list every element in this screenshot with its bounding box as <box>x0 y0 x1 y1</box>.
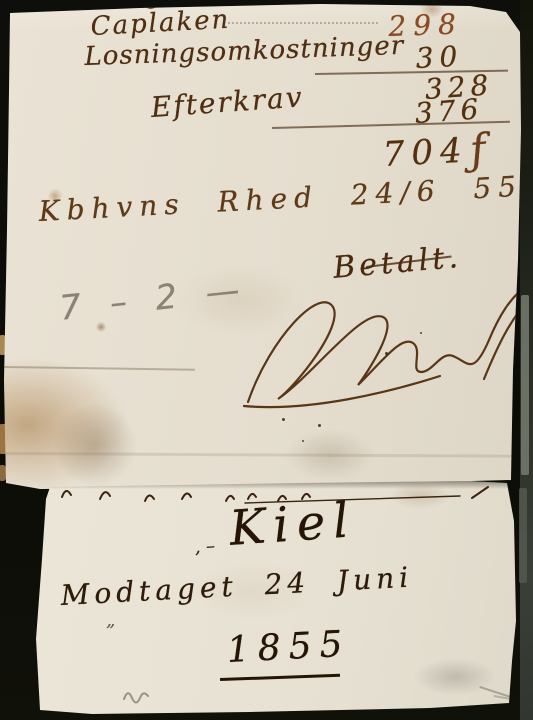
ink-speck <box>302 440 304 442</box>
currency-mark: ƒ <box>468 128 488 171</box>
ledger-label-efterkrav: Efterkrav <box>150 83 304 122</box>
dotted-leader-line <box>228 22 378 24</box>
ink-speck <box>318 424 321 427</box>
ledger-total-value: 704 <box>382 134 470 172</box>
letter-sheet-top: Fragt Caplaken 298 Losningsomkostninger … <box>0 0 533 495</box>
year-note: 1855 <box>226 627 351 669</box>
place-name: Kiel <box>228 496 358 553</box>
ledger-value-losningsomkostninger: 30 <box>415 43 464 73</box>
ink-speck <box>420 332 422 334</box>
bottom-squiggle-icon <box>122 685 152 703</box>
letter-sheet-bottom: ‚ – Kiel Modtaget 24 Juni „ 1855 <box>0 481 533 720</box>
page-edge-sliver <box>521 295 529 475</box>
page-edge-sliver <box>519 488 527 583</box>
dateline-note: Kbhvns Rhed 24/6 55 <box>38 173 524 226</box>
ink-speck <box>385 352 388 355</box>
torn-page-fragment <box>0 465 6 481</box>
year-underline <box>220 674 340 681</box>
place-prefix-mark: ‚ – <box>194 538 216 557</box>
received-note: Modtaget 24 Juni <box>60 564 414 610</box>
pencil-note: 7 – 2 — <box>58 272 250 326</box>
fold-crease <box>0 366 195 371</box>
fold-crease <box>0 452 515 458</box>
ledger-label-caplaken: Caplaken <box>90 7 231 40</box>
ink-speck <box>282 418 285 421</box>
signature-flourish-icon <box>240 280 533 410</box>
stray-quote-mark: „ <box>106 612 115 630</box>
photographed-letter: Fragt Caplaken 298 Losningsomkostninger … <box>0 0 533 720</box>
